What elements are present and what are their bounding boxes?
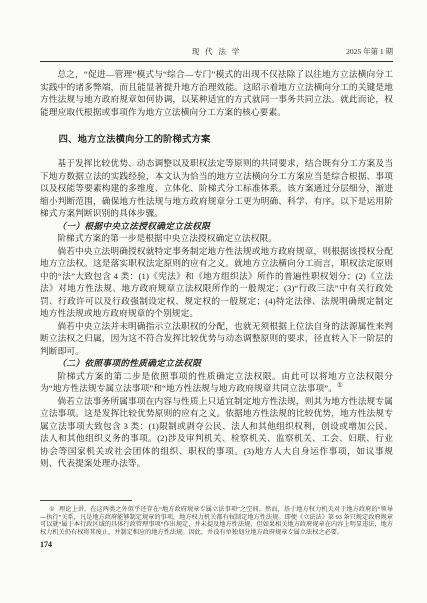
- paragraph-step2: 阶梯式方案的第二步是依照事项的性质确定立法权限。由此可以将地方立法权限分为“地方…: [40, 370, 393, 395]
- footnote-text: 理论上讲，在这两类之外似乎还存在“地方政府规章专属立法事项”之空间。然而，基于地…: [40, 506, 393, 536]
- paragraph-conclusion: 总之，“促进—管理”模式与“综合—专门”模式的出现不仅祛除了以往地方立法横向分工…: [40, 68, 393, 118]
- paragraph-basis: 基于发挥比较优势、动态调整以及职权法定等原则的共同要求，结合既有分工方案及当下地…: [40, 157, 393, 220]
- journal-title: 现 代 法 学: [40, 46, 393, 58]
- paragraph-step1: 阶梯式方案的第一步是根据中央立法授权确定立法权限。: [40, 232, 393, 245]
- subsection-heading-2: （二）依照事项的性质确定立法权限: [40, 357, 393, 370]
- footnote-area: ①理论上讲，在这两类之外似乎还存在“地方政府规章专属立法事项”之空间。然而，基于…: [40, 492, 393, 549]
- paragraph-authorized: 倘若中央立法明确授权就特定事务制定地方性法规或地方政府规章，则根据该授权分配地方…: [40, 245, 393, 320]
- journal-page: 现 代 法 学 2025 年第 1 期 总之，“促进—管理”模式与“综合—专门”…: [0, 0, 427, 603]
- footnote: ①理论上讲，在这两类之外似乎还存在“地方政府规章专属立法事项”之空间。然而，基于…: [40, 506, 393, 536]
- issue-label: 2025 年第 1 期: [346, 46, 393, 58]
- header-rule: [40, 61, 393, 62]
- section-heading: 四、地方立法横向分工的阶梯式方案: [40, 131, 393, 145]
- footnote-ref: ①: [337, 383, 343, 390]
- footnote-separator: [40, 500, 132, 501]
- article-body: 总之，“促进—管理”模式与“综合—专门”模式的出现不仅祛除了以往地方立法横向分工…: [40, 68, 393, 492]
- paragraph-not-authorized: 倘若中央立法并未明确指示立法职权的分配，也就无须根据上位法自身的法源属性来判断立…: [40, 320, 393, 358]
- running-head: 现 代 法 学 2025 年第 1 期: [40, 46, 393, 58]
- paragraph-exclusive: 倘若立法事务所属事项在内容与性质上只适宜制定地方性法规，则其为地方性法规专属立法…: [40, 395, 393, 470]
- page-number: 174: [40, 540, 393, 549]
- footnote-marker: ①: [49, 506, 55, 513]
- subsection-heading-1: （一）根据中央立法授权确定立法权限: [40, 220, 393, 233]
